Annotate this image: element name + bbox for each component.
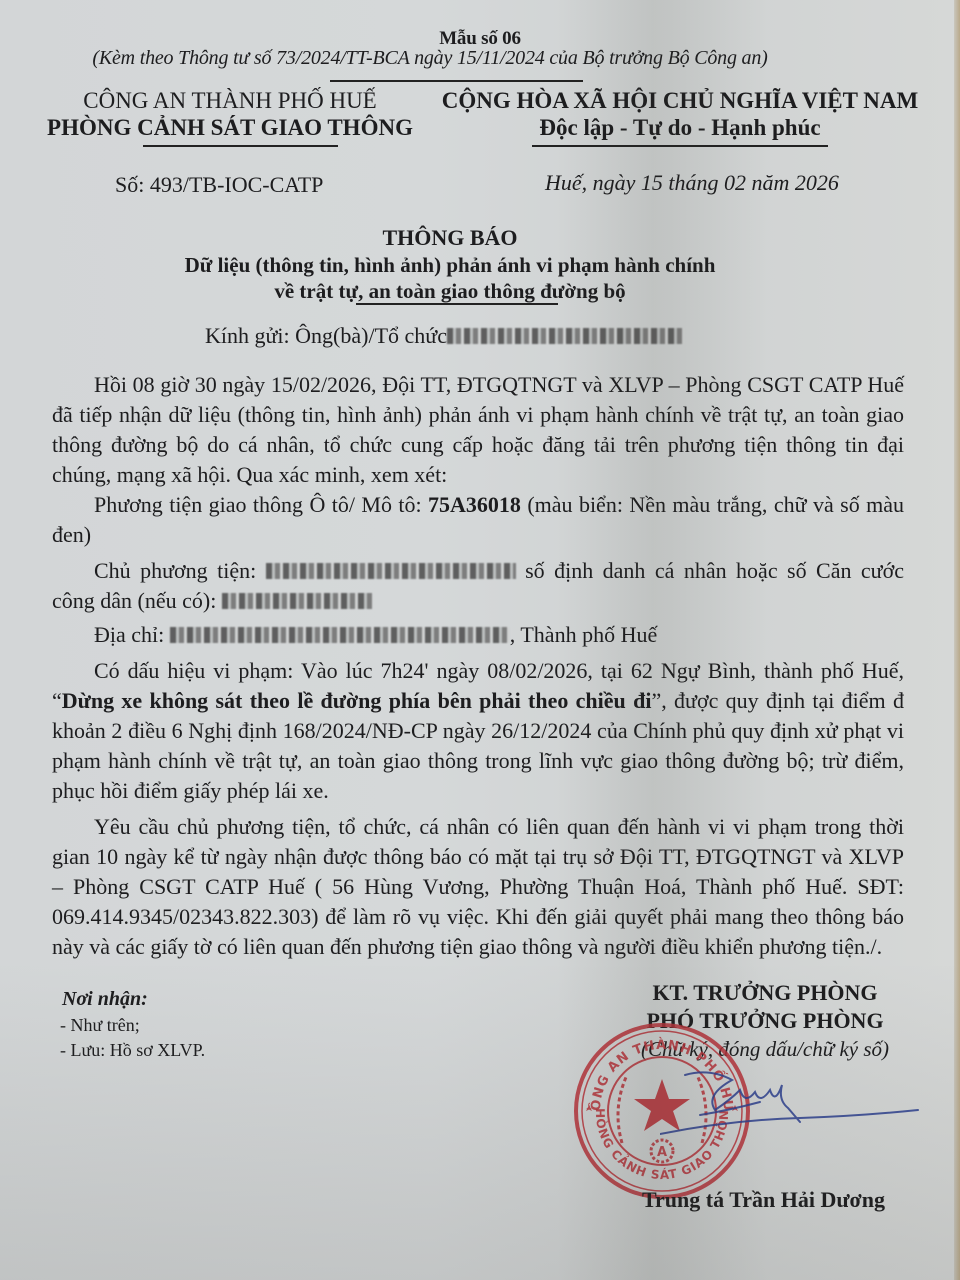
svg-text:A: A [657,1145,667,1160]
place-date: Huế, ngày 15 tháng 02 năm 2026 [545,170,839,196]
address-paragraph: Địa chỉ: , Thành phố Huế [52,620,904,650]
owner-label: Chủ phương tiện: [94,558,266,583]
owner-paragraph: Chủ phương tiện: số định danh cá nhân ho… [52,556,904,616]
paper-edge [954,0,960,1280]
vehicle-label: Phương tiện giao thông Ô tô/ Mô tô: [94,492,428,517]
violation-paragraph: Có dấu hiệu vi phạm: Vào lúc 7h24' ngày … [52,656,904,806]
recipient-line: Kính gửi: Ông(bà)/Tổ chức [205,323,683,349]
address-redacted [170,627,510,643]
request-paragraph: Yêu cầu chủ phương tiện, tổ chức, cá nhâ… [52,812,904,962]
document-number: Số: 493/TB-IOC-CATP [115,172,323,198]
intro-paragraph: Hồi 08 giờ 30 ngày 15/02/2026, Đội TT, Đ… [52,370,904,490]
owner-name-redacted [266,563,516,579]
address-city: , Thành phố Huế [510,622,657,647]
document-title: THÔNG BÁO [0,225,900,251]
violation-description: Dừng xe không sát theo lề đường phía bên… [62,688,652,713]
signer-name: Trung tá Trần Hải Dương [642,1187,885,1213]
recipients-heading: Nơi nhận: [62,988,148,1011]
agency-name: PHÒNG CẢNH SÁT GIAO THÔNG [30,115,430,141]
license-plate: 75A36018 [428,492,521,517]
agency-parent: CÔNG AN THÀNH PHỐ HUẾ [30,88,430,114]
body-intro: Hồi 08 giờ 30 ngày 15/02/2026, Đội TT, Đ… [52,370,904,490]
document-subtitle-1: Dữ liệu (thông tin, hình ảnh) phản ánh v… [0,253,900,278]
title-underline [356,303,558,305]
signature-title-1: KT. TRƯỞNG PHÒNG [590,980,940,1006]
motto: Độc lập - Tự do - Hạnh phúc [430,115,930,141]
motto-underline [532,145,828,147]
agency-underline [143,145,338,147]
address-label: Địa chỉ: [94,622,170,647]
owner-id-redacted [222,593,372,609]
form-reference: (Kèm theo Thông tư số 73/2024/TT-BCA ngà… [0,47,860,70]
divider [330,80,583,82]
recipient-label: Kính gửi: Ông(bà)/Tổ chức [205,323,447,348]
document-subtitle-2: về trật tự, an toàn giao thông đường bộ [0,279,900,304]
recipient-item: - Như trên; [60,1015,140,1036]
country-name: CỘNG HÒA XÃ HỘI CHỦ NGHĨA VIỆT NAM [430,88,930,114]
handwritten-signature-icon [660,1070,920,1140]
vehicle-paragraph: Phương tiện giao thông Ô tô/ Mô tô: 75A3… [52,490,904,550]
request-text: Yêu cầu chủ phương tiện, tổ chức, cá nhâ… [52,812,904,962]
recipient-item: - Lưu: Hồ sơ XLVP. [60,1040,205,1061]
recipient-name-redacted [447,328,683,344]
